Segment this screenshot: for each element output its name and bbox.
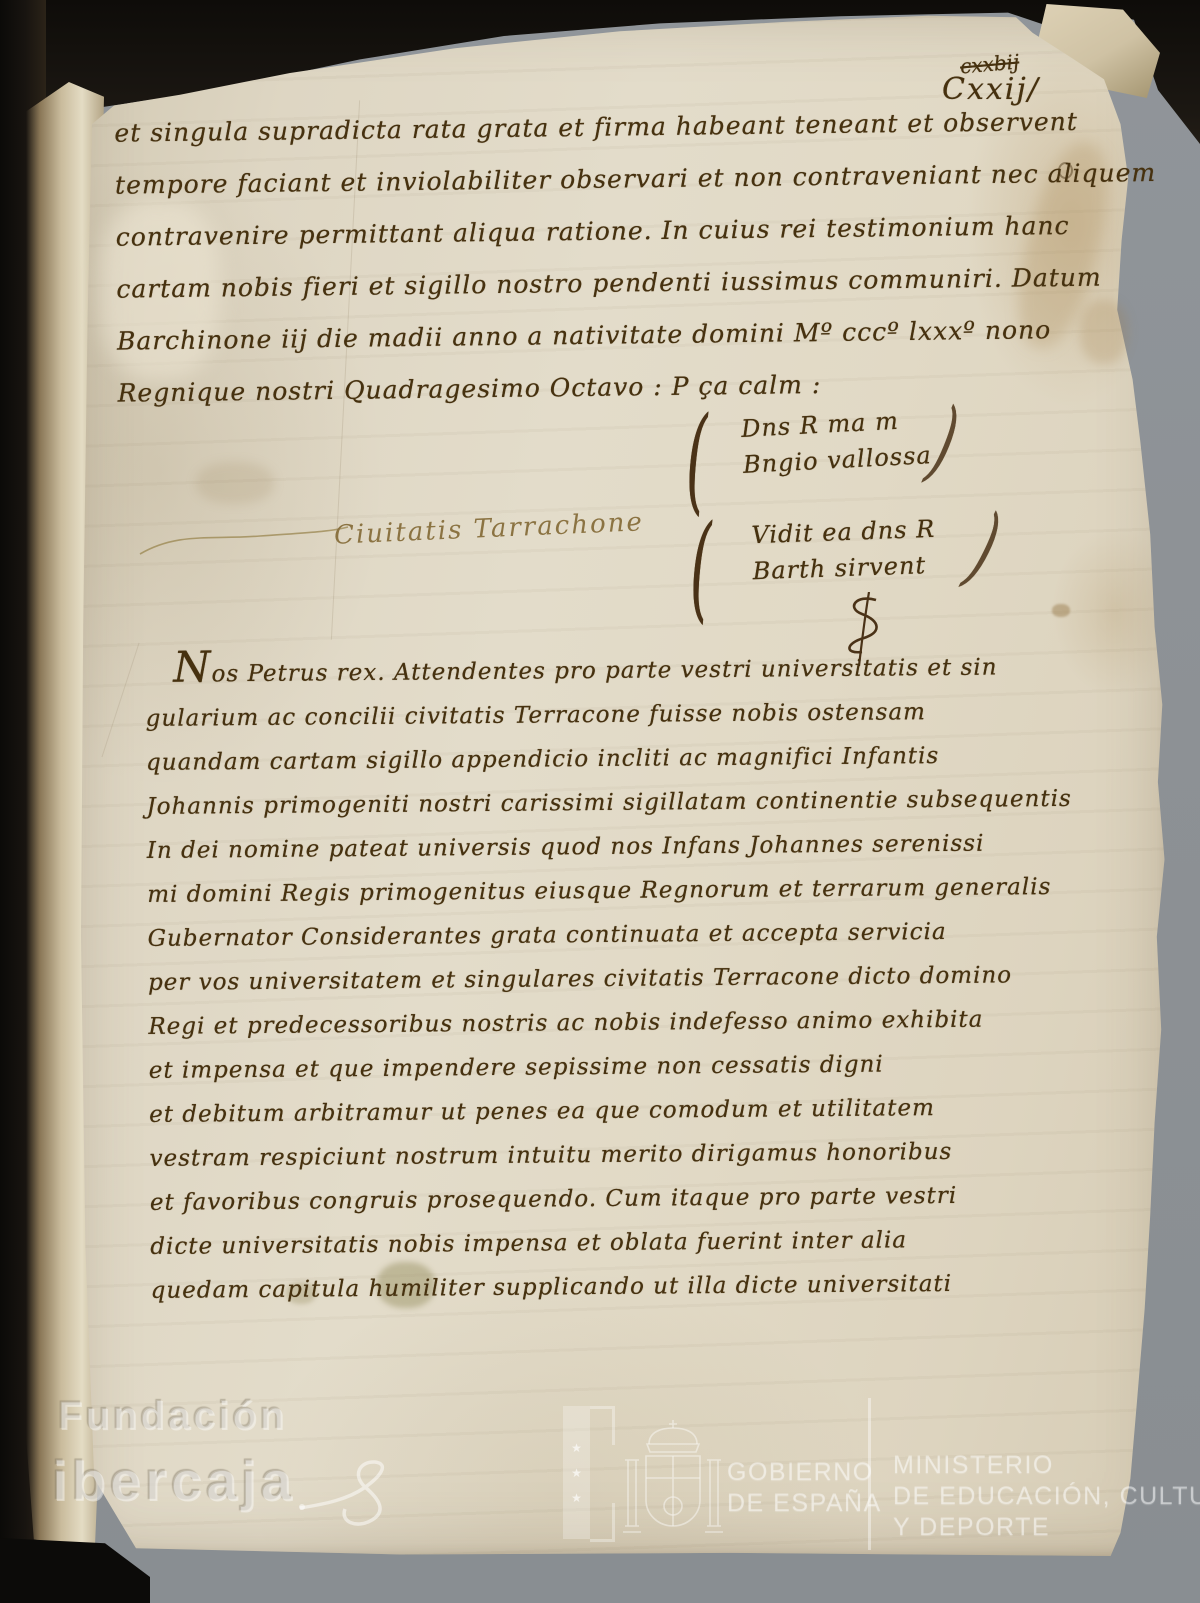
ibercaja-logo-icon	[296, 1452, 401, 1537]
text-line: DE ESPAÑA	[727, 1488, 882, 1519]
pen-trail-line	[138, 512, 353, 567]
text-line: et debitum arbitramur ut penes ea que co…	[149, 1085, 1049, 1137]
signature-brace-icon: (	[690, 500, 711, 635]
text-line: gularium ac concilii civitatis Terracone…	[146, 689, 1046, 741]
stain-mark	[1052, 604, 1070, 617]
charter-main-paragraph: Nos Petrus rex. Attendentes pro parte ve…	[145, 644, 1051, 1313]
text-line: et impensa et que impendere sepissime no…	[149, 1041, 1049, 1093]
text-line: et favoribus congruis prosequendo. Cum i…	[150, 1173, 1050, 1225]
watermark-ministerio: MINISTERIODE EDUCACIÓN, CULTURAY DEPORTE	[893, 1450, 1200, 1543]
eu-star-icon: ★	[571, 1467, 582, 1479]
chancery-signature-note: Dns R ma m Bngio vallossa	[740, 401, 932, 483]
eu-flag-frame-icon	[590, 1503, 615, 1542]
text-line: Y DEPORTE	[893, 1512, 1200, 1543]
text-line: MINISTERIO	[893, 1450, 1200, 1481]
text-line: quedam capitula humiliter supplicando ut…	[151, 1261, 1051, 1313]
text-line: GOBIERNO	[727, 1457, 882, 1488]
text-line: quandam cartam sigillo appendicio inclit…	[146, 733, 1046, 785]
text-line: Regi et predecessoribus nostris ac nobis…	[148, 997, 1048, 1049]
watermark-fundacion: Fundación	[58, 1394, 287, 1439]
eu-flag-frame-icon	[590, 1406, 615, 1445]
text-line: mi domini Regis primogenitus eiusque Reg…	[147, 865, 1047, 917]
text-line: Nos Petrus rex. Attendentes pro parte ve…	[145, 644, 1045, 697]
text-line: DE EDUCACIÓN, CULTURA	[893, 1481, 1200, 1512]
text-line: Johannis primogeniti nostri carissimi si…	[146, 777, 1046, 829]
eu-star-icon: ★	[571, 1442, 582, 1454]
watermark-divider	[868, 1398, 871, 1550]
text-line: per vos universitatem et singulares civi…	[148, 953, 1048, 1005]
eu-star-icon: ★	[571, 1492, 582, 1504]
watermark-gobierno: GOBIERNODE ESPAÑA	[727, 1457, 882, 1519]
chancery-signature-note: Vidit ea dns R Barth sirvent	[751, 511, 937, 589]
stain-mark	[196, 462, 274, 504]
watermark-ibercaja: ibercaja	[52, 1448, 296, 1513]
eu-flag-icon: ★★★	[563, 1406, 590, 1539]
coat-of-arms-icon	[615, 1414, 731, 1554]
stain-mark	[1080, 300, 1128, 364]
charter-closing-paragraph: et singula supradicta rata grata et firm…	[114, 96, 1038, 419]
text-line: dicte universitatis nobis impensa et obl…	[150, 1217, 1050, 1269]
text-line: In dei nomine pateat universis quod nos …	[147, 821, 1047, 873]
text-line: Gubernator Considerantes grata continuat…	[147, 909, 1047, 961]
signature-line: Barth sirvent	[752, 547, 937, 589]
text-line: vestram respiciunt nostrum intuitu merit…	[149, 1129, 1049, 1181]
